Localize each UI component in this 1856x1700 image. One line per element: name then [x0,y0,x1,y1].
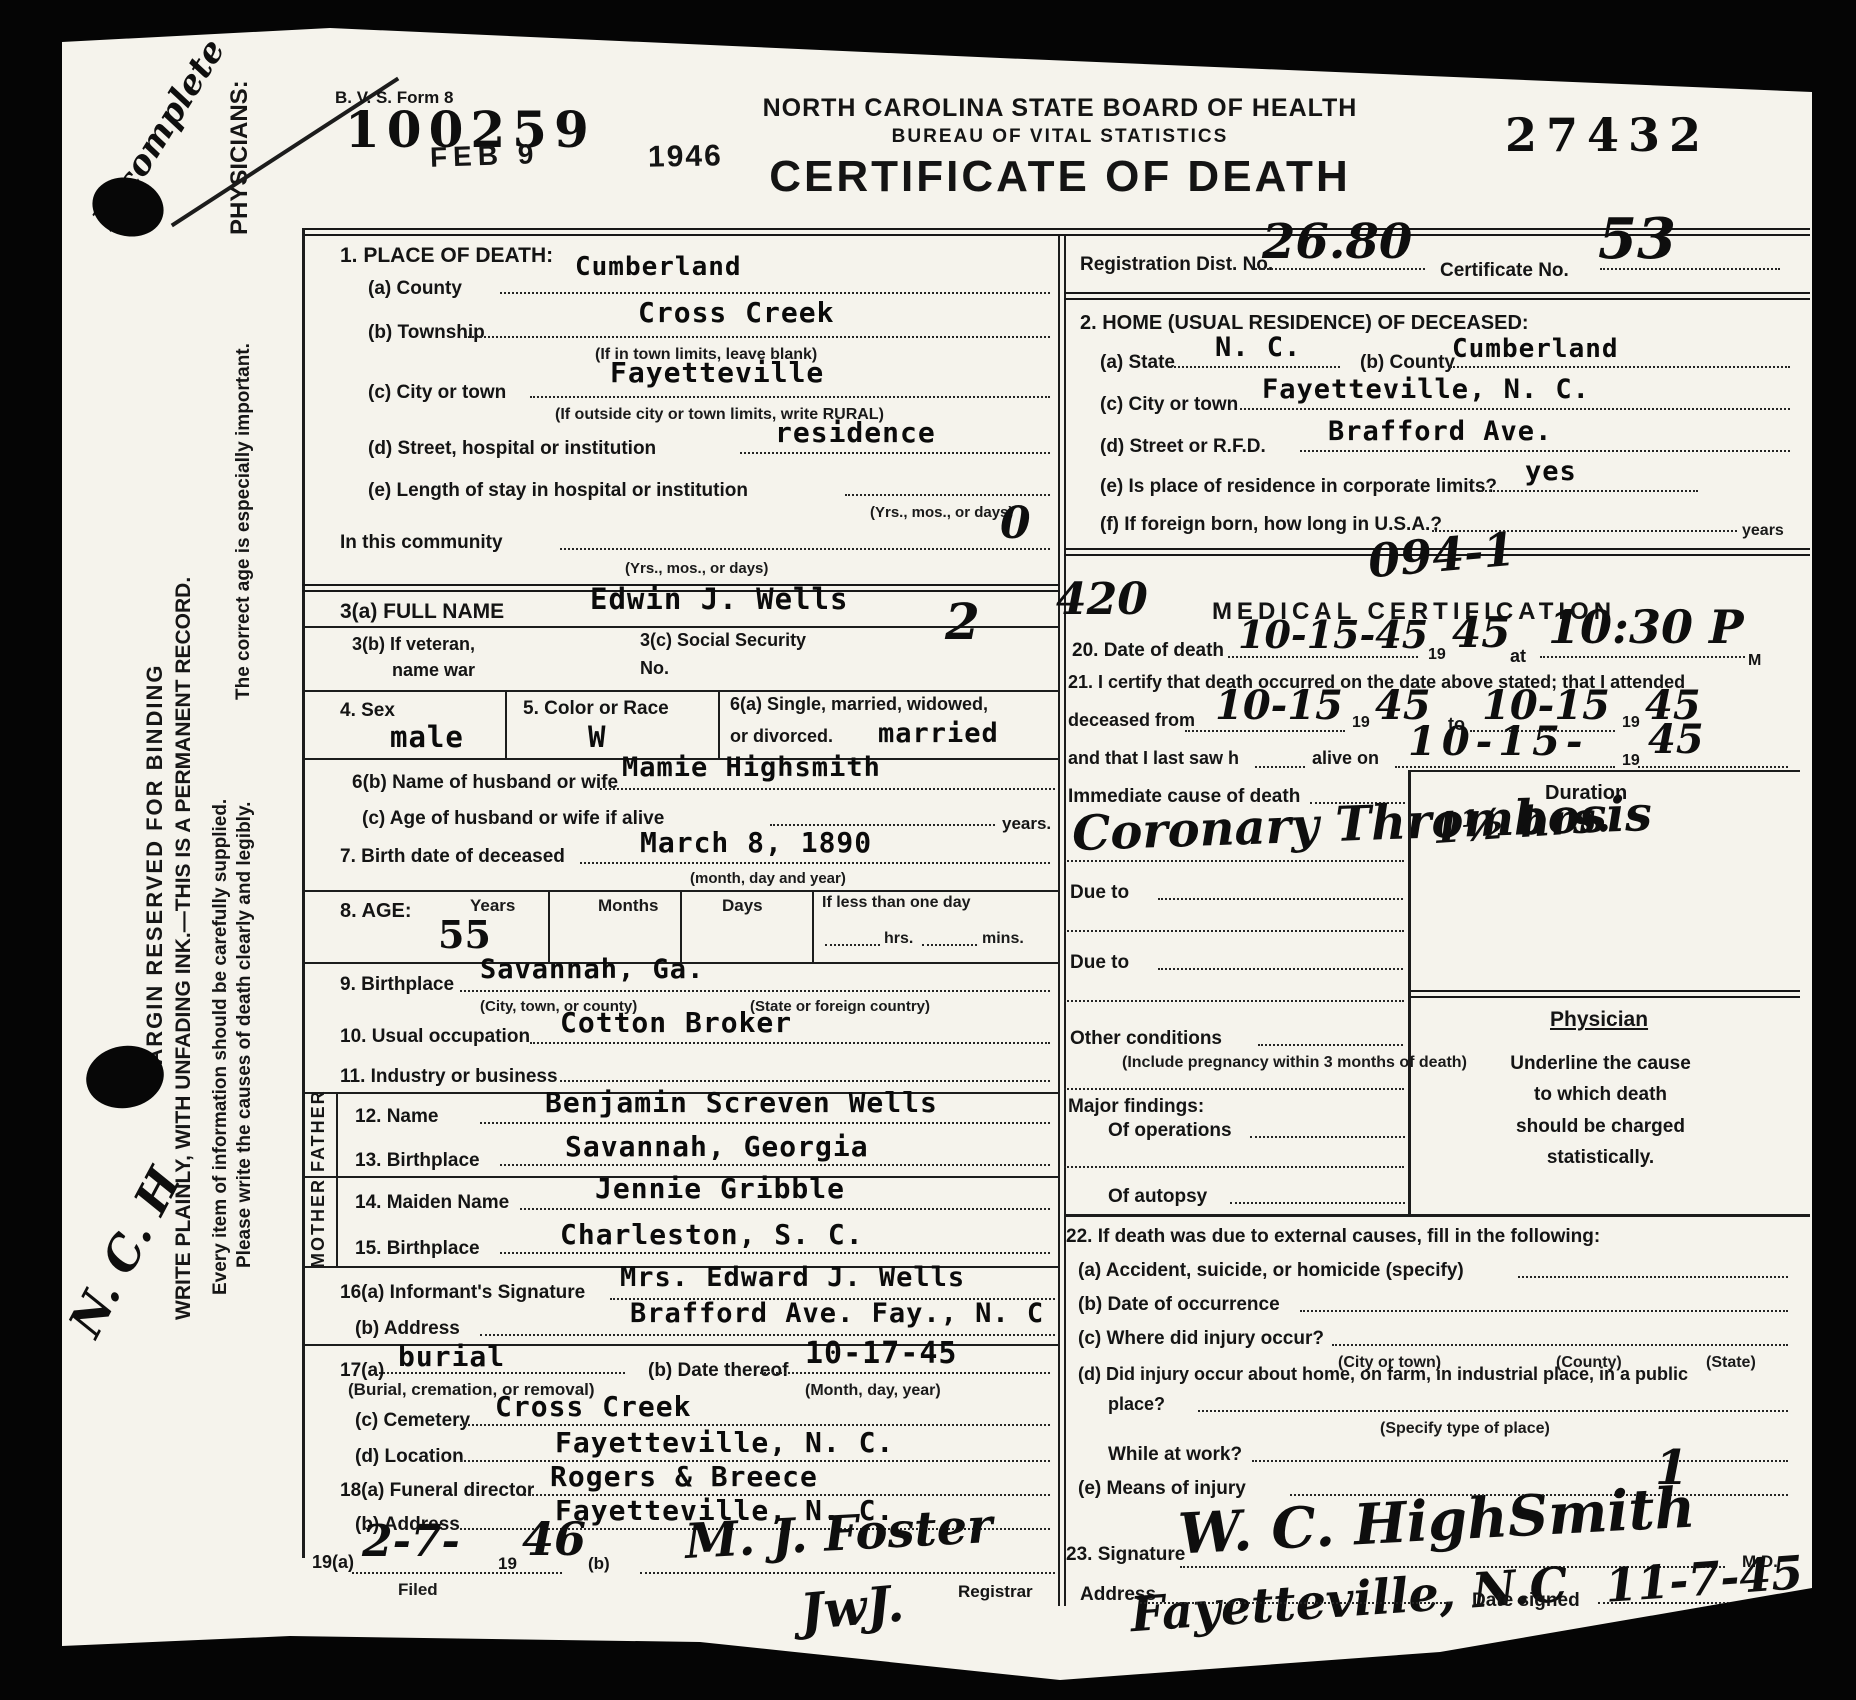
entry-line [600,788,1055,790]
entry-line [530,396,1050,398]
entry-line [580,862,1050,864]
margin-physicians-label: PHYSICIANS: [226,80,254,235]
funeral-director-value: Rogers & Breece [550,1460,818,1493]
sex-value: male [390,720,464,754]
entry-line [480,1122,1050,1124]
entry-line [1140,1602,1450,1604]
entry-line [1064,860,1404,862]
father-name-value: Benjamin Screven Wells [545,1086,938,1119]
date-of-death-label: 20. Date of death [1072,640,1224,662]
entry-line [1064,1000,1404,1002]
home-foreign-suffix: years [1742,522,1784,540]
pencil-code: 094-1 [1366,522,1517,589]
external-causes-heading: 22. If death was due to external causes,… [1066,1226,1600,1248]
father-name-label: 12. Name [355,1106,438,1128]
entry-line [825,944,880,946]
veteran-label-2: name war [392,660,475,681]
entry-line [560,1080,1050,1082]
entry-line [1600,268,1780,270]
entry-line [1255,268,1425,270]
age-months-header: Months [598,896,658,916]
age-hrs-label: hrs. [884,930,913,948]
disposal-date-sub: (Month, day, year) [805,1382,941,1400]
informant-label: 16(a) Informant's Signature [340,1282,585,1304]
margin-please-write-note: Please write the causes of death clearly… [234,802,256,1268]
dod-year-handwritten: 45 [1452,608,1510,657]
entry-line [1064,930,1404,932]
spouse-name-value: Mamie Highsmith [622,752,881,783]
community-sub-label: (Yrs., mos., or days) [625,560,768,577]
means-of-injury-label: (e) Means of injury [1078,1478,1246,1500]
scanned-death-certificate: MARGIN RESERVED FOR BINDING WRITE PLAINL… [0,0,1856,1700]
last-saw-label: and that I last saw h [1068,748,1239,769]
entry-line [520,1208,1050,1210]
occupation-label: 10. Usual occupation [340,1026,530,1048]
received-date-stamp-day: FEB 9 [429,138,539,174]
entry-line [640,1572,1055,1574]
rule [812,890,814,962]
entry-line [1170,366,1340,368]
entry-line [1332,1344,1788,1346]
entry-line [500,292,1050,294]
entry-line [465,336,1050,338]
entry-line [1518,1276,1788,1278]
physician-note: Underline the cause to which death shoul… [1508,1048,1693,1173]
entry-line [500,1252,1050,1254]
stay-sub-label: (Yrs., mos., or days) [870,504,1013,521]
entry-line [352,1572,562,1574]
margin-correct-age-note: The correct age is especially important. [233,343,255,700]
filed-date-handwritten: 2-7- [362,1516,460,1567]
rule [718,690,720,758]
rule [680,890,682,962]
rule [336,1092,338,1178]
rule [1064,236,1066,1606]
race-value: W [588,720,606,754]
birthplace-label: 9. Birthplace [340,974,454,996]
city-label: (c) City or town [368,382,506,404]
community-value: 0 [1000,498,1031,549]
rule [302,228,305,1558]
cemetery-location-value: Fayetteville, N. C. [555,1426,894,1459]
age-days-header: Days [722,896,763,916]
entry-line [460,990,1050,992]
home-state-label: (a) State [1100,352,1175,374]
external-c-label: (c) Where did injury occur? [1078,1328,1324,1350]
entry-line [760,1372,1050,1374]
dod-m-label: M [1748,652,1761,670]
entry-line [530,1042,1050,1044]
board-title: NORTH CAROLINA STATE BOARD OF HEALTH [700,94,1420,123]
entry-line [1230,1202,1405,1204]
entry-line [560,548,1050,550]
spouse-age-suffix: years. [1002,814,1051,834]
county-value: Cumberland [575,252,742,282]
cemetery-label: (c) Cemetery [355,1410,470,1432]
entry-line [1064,1166,1404,1168]
signature-label: 23. Signature [1066,1544,1185,1566]
street-value: residence [775,416,936,449]
informant-value: Mrs. Edward J. Wells [620,1262,965,1293]
age-label: 8. AGE: [340,900,412,923]
while-at-work-label: While at work? [1108,1444,1242,1466]
mother-name-label: 14. Maiden Name [355,1192,509,1214]
home-street-label: (d) Street or R.F.D. [1100,436,1266,458]
disposal-method-label: 17(a) [340,1360,384,1382]
home-city-value: Fayetteville, N. C. [1262,374,1590,405]
bureau-subtitle: BUREAU OF VITAL STATISTICS [700,126,1420,148]
attended-from-label: deceased from [1068,710,1195,731]
external-a-label: (a) Accident, suicide, or homicide (spec… [1078,1260,1464,1282]
race-label: 5. Color or Race [523,698,669,720]
other-conditions-label: Other conditions [1070,1028,1222,1050]
entry-line [1064,1088,1404,1090]
mother-birthplace-value: Charleston, S. C. [560,1218,864,1251]
father-birthplace-label: 13. Birthplace [355,1150,480,1172]
entry-line [1228,656,1418,658]
mother-side-label: MOTHER [308,1178,329,1268]
rule [548,890,550,962]
birthdate-value: March 8, 1890 [640,826,872,859]
sex-label: 4. Sex [340,700,395,722]
filed-year-handwritten: 46 [522,1512,586,1566]
entry-line [1638,766,1788,768]
township-label: (b) Township [368,322,485,344]
major-findings-label: Major findings: [1068,1096,1204,1118]
fullname-label: 3(a) FULL NAME [340,600,504,624]
entry-line [1198,1410,1788,1412]
cemetery-location-label: (d) Location [355,1446,464,1468]
filed-b-label: (b) [588,1554,610,1574]
age-less-header: If less than one day [822,894,970,912]
entry-line [500,1164,1050,1166]
rule [302,690,1060,692]
external-d-sub: (Specify type of place) [1380,1420,1550,1438]
autopsy-label: Of autopsy [1108,1186,1207,1208]
filed-label: 19(a) [312,1552,354,1573]
entry-line [1478,490,1698,492]
dod-at-label: at [1510,646,1526,667]
cemetery-value: Cross Creek [495,1390,691,1423]
rule [336,1176,338,1266]
rule [1408,770,1800,772]
industry-label: 11. Industry or business [340,1066,558,1088]
attended-from-date: 10-15 [1215,682,1343,729]
external-d-label: (d) Did injury occur about home, on farm… [1078,1364,1688,1385]
father-birthplace-value: Savannah, Georgia [565,1130,869,1163]
entry-line [1158,898,1403,900]
alive-on-label: alive on [1312,748,1379,769]
date-signed-label: Date signed [1472,1590,1580,1612]
rule [1411,990,1800,998]
mother-birthplace-label: 15. Birthplace [355,1238,480,1260]
age-years-value: 55 [438,912,491,957]
township-value: Cross Creek [638,296,834,329]
due-to-2-label: Due to [1070,952,1129,974]
entry-line [740,452,1050,454]
rule [505,690,507,758]
home-street-value: Brafford Ave. [1328,416,1552,447]
fullname-value: Edwin J. Wells [590,582,848,616]
margin-every-item-note: Every item of information should be care… [210,799,232,1295]
home-city-label: (c) City or town [1100,394,1238,416]
disposal-date-label: (b) Date thereof [648,1360,788,1382]
home-county-value: Cumberland [1452,334,1619,364]
dod-19-printed: 19 [1428,646,1446,664]
entry-line [1450,366,1790,368]
filed-sub-label: Filed [398,1580,438,1600]
street-label: (d) Street, hospital or institution [368,438,656,460]
entry-line [480,1334,1055,1336]
entry-line [1255,766,1305,768]
ssn-label: 3(c) Social Security [640,630,806,651]
stay-label: (e) Length of stay in hospital or instit… [368,480,748,502]
spouse-name-label: 6(b) Name of husband or wife [352,772,618,794]
physician-signature: W. C. HighSmith [1177,1475,1697,1568]
registration-dist-value: 26.80 [1262,214,1412,270]
marital-label-2: or divorced. [730,726,833,747]
ssn-label-2: No. [640,658,669,679]
entry-line [1252,1460,1788,1462]
mother-name-value: Jennie Gribble [595,1172,845,1205]
entry-line [922,944,977,946]
due-to-1-label: Due to [1070,882,1129,904]
entry-line [1185,730,1345,732]
funeral-director-label: 18(a) Funeral director [340,1480,534,1502]
community-label: In this community [340,532,503,554]
occupation-value: Cotton Broker [560,1006,792,1039]
physician-header: Physician [1550,1008,1648,1032]
external-d-label-2: place? [1108,1394,1165,1415]
entry-line [1300,1310,1788,1312]
operations-label: Of operations [1108,1120,1232,1142]
registration-dist-label: Registration Dist. No. [1080,254,1273,276]
ink-blob [86,170,171,245]
marital-value: married [878,718,999,749]
marital-label: 6(a) Single, married, widowed, [730,694,988,715]
entry-line [1240,408,1790,410]
certificate-title: CERTIFICATE OF DEATH [700,152,1420,202]
place-of-death-heading: 1. PLACE OF DEATH: [340,244,553,268]
rule [1064,292,1810,300]
from-19-printed: 19 [1352,714,1370,732]
spouse-age-label: (c) Age of husband or wife if alive [362,808,664,830]
dod-time-value: 10:30 P [1548,600,1744,654]
other-conditions-sub: (Include pregnancy within 3 months of de… [1122,1054,1467,1072]
last-saw-date: 10-15- [1408,718,1589,765]
registrar-flourish: JwJ. [798,1574,907,1642]
city-value: Fayetteville [610,356,824,389]
entry-line [1598,1602,1793,1604]
entry-line [375,1372,625,1374]
home-heading: 2. HOME (USUAL RESIDENCE) OF DECEASED: [1080,312,1529,335]
informant-address-value: Brafford Ave. Fay., N. C [630,1298,1044,1329]
father-side-label: FATHER [308,1089,329,1172]
external-c-sub-state: (State) [1706,1354,1756,1372]
informant-address-label: (b) Address [355,1318,460,1340]
ssn-handwritten-mark: 2 [945,592,980,651]
rule [1058,236,1060,1606]
certificate-no-label: Certificate No. [1440,260,1569,282]
entry-line [1158,968,1403,970]
entry-line [1395,766,1615,768]
date-of-death-value: 10-15-45 [1238,612,1428,657]
entry-line [1258,1044,1403,1046]
home-state-value: N. C. [1215,332,1301,363]
rule [1064,1214,1810,1217]
birthplace-value: Savannah, Ga. [480,954,704,985]
certificate-no-value: 53 [1598,206,1676,272]
entry-line [1540,656,1745,658]
birthdate-label: 7. Birth date of deceased [340,846,565,868]
to-19-printed: 19 [1622,714,1640,732]
birthdate-sub-label: (month, day and year) [690,870,846,887]
margin-binding-note: MARGIN RESERVED FOR BINDING [142,663,168,1085]
county-label: (a) County [368,278,462,300]
filed-19-printed: 19 [498,1554,517,1574]
certificate-paper: MARGIN RESERVED FOR BINDING WRITE PLAINL… [0,0,1856,1700]
registrar-label: Registrar [958,1582,1033,1602]
disposal-method-value: burial [398,1340,505,1373]
veteran-label: 3(b) If veteran, [352,634,475,655]
file-number: 27432 [1505,108,1710,162]
rule [302,228,1810,236]
age-mins-label: mins. [982,930,1024,948]
home-corporate-value: yes [1525,456,1577,487]
entry-line [845,494,1050,496]
entry-line [1300,450,1790,452]
home-corporate-label: (e) Is place of residence in corporate l… [1100,476,1497,498]
disposal-date-value: 10-17-45 [805,1336,958,1371]
home-county-label: (b) County [1360,352,1455,374]
external-b-label: (b) Date of occurrence [1078,1294,1280,1316]
last-saw-year: 45 [1648,716,1704,763]
entry-line [1250,1136,1405,1138]
